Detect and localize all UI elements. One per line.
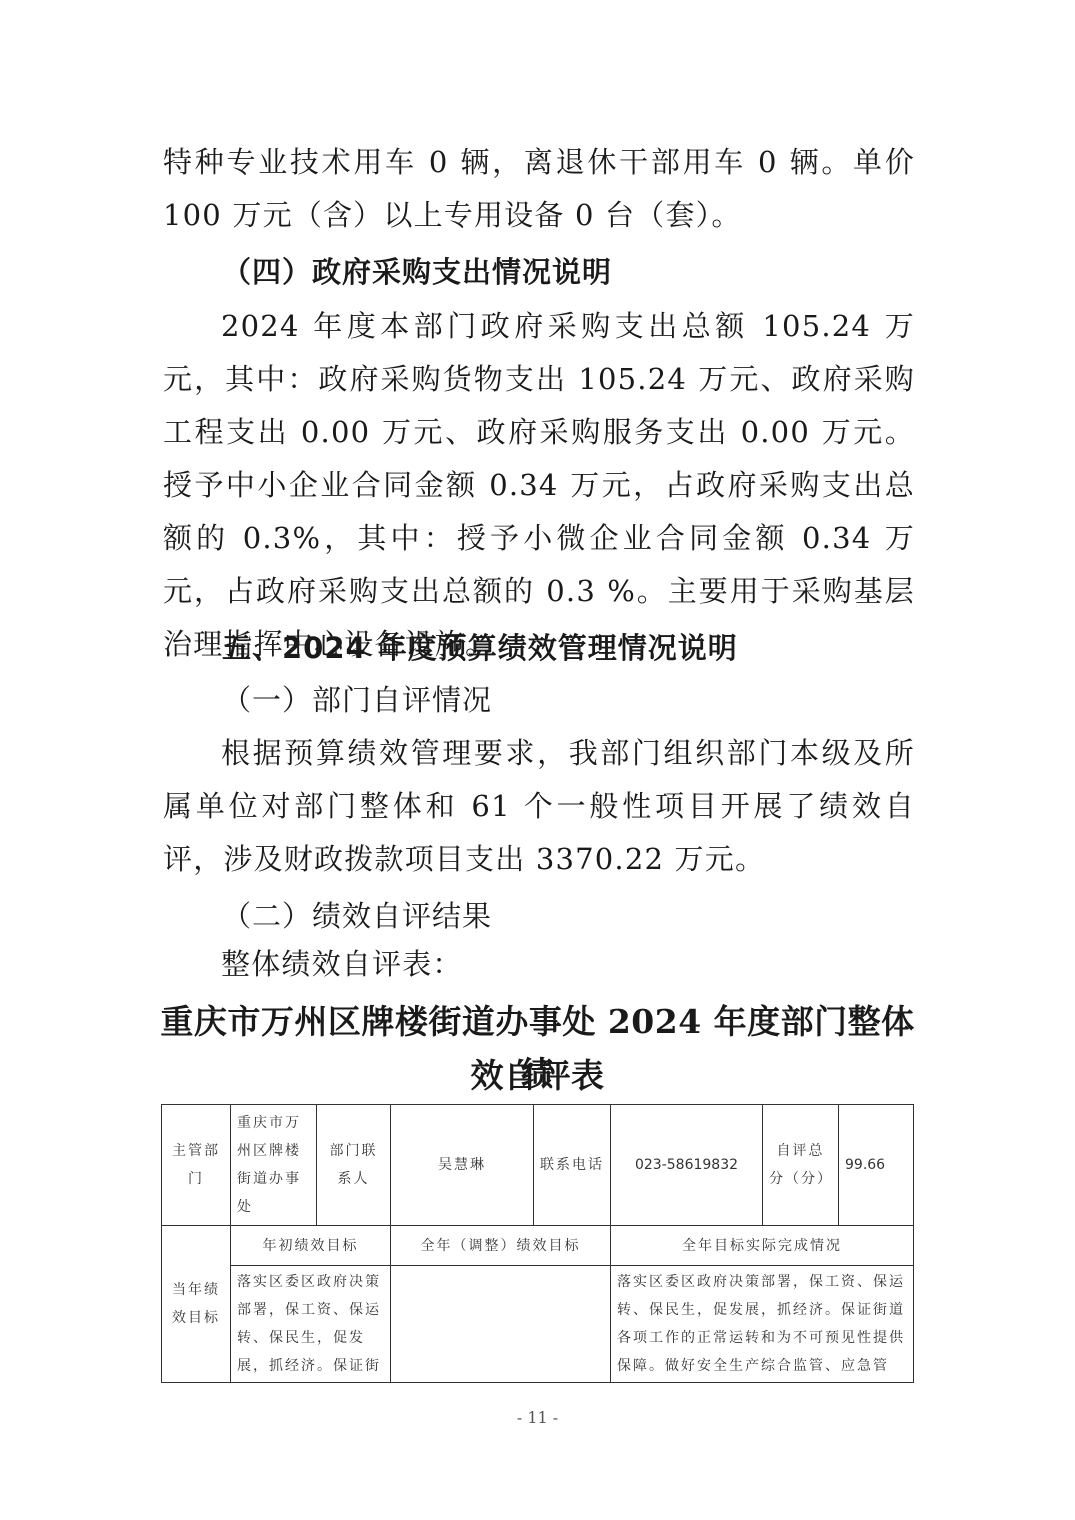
phone-label: 联系电话 (534, 1105, 611, 1226)
phone-value: 023-58619832 (611, 1105, 763, 1226)
paragraph-vehicles: 特种专业技术用车 0 辆，离退休干部用车 0 辆。单价 100 万元（含）以上专… (163, 136, 915, 242)
heading-section-5: 五、2024 年度预算绩效管理情况说明 (222, 628, 738, 668)
col-actual-completion: 全年目标实际完成情况 (611, 1226, 914, 1266)
actual-completion-text: 落实区委区政府决策部署，保工资、保运转、保民生，促发展，抓经济。保证街道各项工作… (611, 1266, 914, 1383)
heading-results: （二）绩效自评结果 (222, 896, 492, 936)
page-number: - 11 - (0, 1408, 1075, 1427)
col-initial-goal: 年初绩效目标 (231, 1226, 391, 1266)
performance-evaluation-table: 主管部门 重庆市万州区牌楼街道办事处 部门联系人 吴慧琳 联系电话 023-58… (161, 1104, 914, 1383)
paragraph-table-intro: 整体绩效自评表： (163, 938, 915, 991)
contact-value: 吴慧琳 (391, 1105, 534, 1226)
dept-value: 重庆市万州区牌楼街道办事处 (231, 1105, 317, 1226)
paragraph-procurement: 2024 年度本部门政府采购支出总额 105.24 万元，其中：政府采购货物支出… (163, 300, 915, 671)
table-row-info: 主管部门 重庆市万州区牌楼街道办事处 部门联系人 吴慧琳 联系电话 023-58… (162, 1105, 914, 1226)
score-label: 自评总分（分） (763, 1105, 839, 1226)
score-value: 99.66 (839, 1105, 914, 1226)
document-page: 特种专业技术用车 0 辆，离退休干部用车 0 辆。单价 100 万元（含）以上专… (0, 0, 1075, 1520)
table-title-line-2: 效自评表 (160, 1050, 915, 1102)
heading-procurement: （四）政府采购支出情况说明 (222, 252, 612, 292)
dept-label: 主管部门 (162, 1105, 231, 1226)
col-adjusted-goal: 全年（调整）绩效目标 (391, 1226, 611, 1266)
contact-label: 部门联系人 (317, 1105, 391, 1226)
table-row-goal-content: 落实区委区政府决策部署，保工资、保运转、保民生，促发展，抓经济。保证街 落实区委… (162, 1266, 914, 1383)
initial-goal-text: 落实区委区政府决策部署，保工资、保运转、保民生，促发展，抓经济。保证街 (231, 1266, 391, 1383)
table-row-goal-headers: 当年绩效目标 年初绩效目标 全年（调整）绩效目标 全年目标实际完成情况 (162, 1226, 914, 1266)
heading-self-evaluation: （一）部门自评情况 (222, 680, 492, 720)
paragraph-self-evaluation: 根据预算绩效管理要求，我部门组织部门本级及所属单位对部门整体和 61 个一般性项… (163, 727, 915, 886)
goals-row-label: 当年绩效目标 (162, 1226, 231, 1383)
adjusted-goal-text (391, 1266, 611, 1383)
